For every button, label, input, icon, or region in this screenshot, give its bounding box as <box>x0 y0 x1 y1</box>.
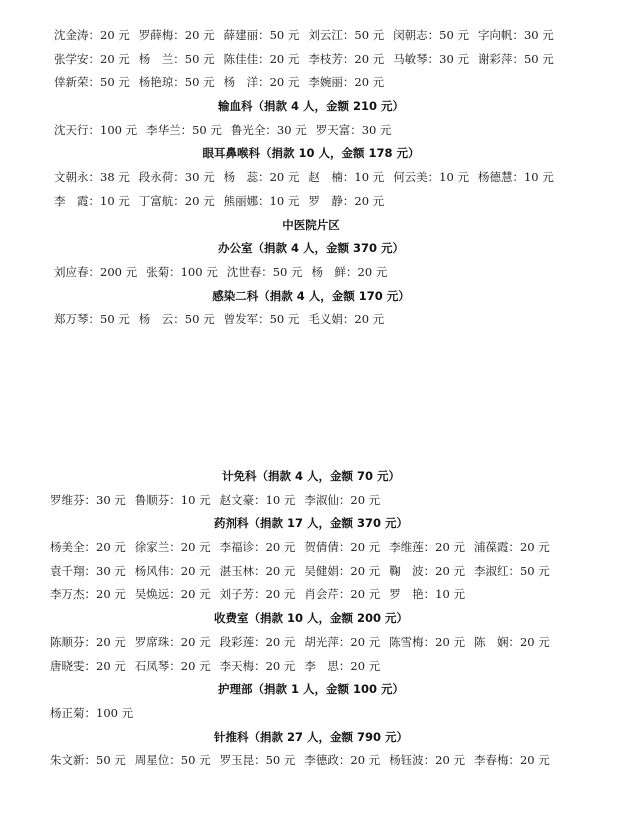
donor-entry: 刘子芳：20 元 <box>220 583 296 607</box>
donor-entry: 鲁光全：30 元 <box>231 119 307 143</box>
donor-entry: 赵文豪：10 元 <box>220 489 296 513</box>
donor-entry: 段永荷：30 元 <box>139 166 215 190</box>
donor-entry: 陈 娴：20 元 <box>474 631 550 655</box>
donor-row: 袁千翔：30 元杨风伟：20 元湛玉林：20 元吴健娟：20 元鞠 波：20 元… <box>0 560 622 584</box>
donor-entry: 朱文新：50 元 <box>50 749 126 773</box>
donor-entry: 沈天行：100 元 <box>54 119 137 143</box>
donor-entry: 罗 艳：10 元 <box>389 583 465 607</box>
donor-entry: 陈佳佳：20 元 <box>224 48 300 72</box>
donor-entry: 吴焕远：20 元 <box>135 583 211 607</box>
donor-entry: 周星位：50 元 <box>135 749 211 773</box>
section-heading: 收费室（捐款 10 人，金额 200 元） <box>0 607 622 631</box>
donor-entry: 罗席珠：20 元 <box>135 631 211 655</box>
donor-row: 郑万琴：50 元杨 云：50 元曾发军：50 元毛义娟：20 元 <box>0 308 622 332</box>
donor-entry: 陈雪梅：20 元 <box>389 631 465 655</box>
section-heading: 计免科（捐款 4 人，金额 70 元） <box>0 465 622 489</box>
section-heading: 护理部（捐款 1 人，金额 100 元） <box>0 678 622 702</box>
donor-entry: 吴健娟：20 元 <box>304 560 380 584</box>
section-heading: 感染二科（捐款 4 人，金额 170 元） <box>0 285 622 309</box>
donor-entry: 薛建丽：50 元 <box>224 24 300 48</box>
donor-entry: 曾发军：50 元 <box>224 308 300 332</box>
donor-entry: 刘云江：50 元 <box>308 24 384 48</box>
donor-entry: 段彩莲：20 元 <box>220 631 296 655</box>
donor-entry: 唐晓雯：20 元 <box>50 655 126 679</box>
donor-entry: 沈世春：50 元 <box>227 261 303 285</box>
donor-entry: 李淑红：50 元 <box>474 560 550 584</box>
donor-entry: 杨 云：50 元 <box>139 308 215 332</box>
donor-row: 唐晓雯：20 元石凤琴：20 元李天梅：20 元李 思：20 元 <box>0 655 622 679</box>
donor-entry: 杨正菊：100 元 <box>50 702 133 726</box>
donor-entry: 杨钰波：20 元 <box>389 749 465 773</box>
donor-entry: 李德政：20 元 <box>304 749 380 773</box>
section-heading: 办公室（捐款 4 人，金额 370 元） <box>0 237 622 261</box>
donor-row: 李万杰：20 元吴焕远：20 元刘子芳：20 元肖会芹：20 元罗 艳：10 元 <box>0 583 622 607</box>
donor-row: 杨美全：20 元徐家兰：20 元李福诊：20 元贺倩倩：20 元李维莲：20 元… <box>0 536 622 560</box>
section-heading: 中医院片区 <box>0 214 622 238</box>
donor-entry: 闵朝志：50 元 <box>393 24 469 48</box>
donor-row: 陈顺芬：20 元罗席珠：20 元段彩莲：20 元胡光萍：20 元陈雪梅：20 元… <box>0 631 622 655</box>
donor-entry: 杨 兰：50 元 <box>139 48 215 72</box>
donor-entry: 李天梅：20 元 <box>220 655 296 679</box>
donor-entry: 谢彩萍：50 元 <box>478 48 554 72</box>
donor-entry: 杨 洋：20 元 <box>224 71 300 95</box>
donor-entry: 马敏琴：30 元 <box>393 48 469 72</box>
donor-entry: 倖新荣：50 元 <box>54 71 130 95</box>
donor-entry: 杨美全：20 元 <box>50 536 126 560</box>
donor-entry: 徐家兰：20 元 <box>135 536 211 560</box>
donor-entry: 罗天富：30 元 <box>316 119 392 143</box>
donor-entry: 李 思：20 元 <box>304 655 380 679</box>
donor-entry: 杨德慧：10 元 <box>478 166 554 190</box>
donor-entry: 赵 楠：10 元 <box>308 166 384 190</box>
donor-entry: 鲁顺芬：10 元 <box>135 489 211 513</box>
donor-entry: 李婉丽：20 元 <box>308 71 384 95</box>
donor-entry: 李枝芳：20 元 <box>308 48 384 72</box>
section-heading: 药剂科（捐款 17 人，金额 370 元） <box>0 512 622 536</box>
donor-row: 文朝永：38 元段永荷：30 元杨 蕊：20 元赵 楠：10 元何云美：10 元… <box>0 166 622 190</box>
donor-entry: 李维莲：20 元 <box>389 536 465 560</box>
donor-entry: 杨 鲜：20 元 <box>312 261 388 285</box>
donor-row: 朱文新：50 元周星位：50 元罗玉昆：50 元李德政：20 元杨钰波：20 元… <box>0 749 622 773</box>
donor-entry: 何云美：10 元 <box>393 166 469 190</box>
section-heading: 眼耳鼻喉科（捐款 10 人，金额 178 元） <box>0 142 622 166</box>
donor-entry: 张学安：20 元 <box>54 48 130 72</box>
donor-entry: 罗维芬：30 元 <box>50 489 126 513</box>
donor-entry: 字向帆：30 元 <box>478 24 554 48</box>
donor-entry: 丁富航：20 元 <box>139 190 215 214</box>
donation-list-bottom: 计免科（捐款 4 人，金额 70 元）罗维芬：30 元鲁顺芬：10 元赵文豪：1… <box>0 465 622 773</box>
donor-entry: 陈顺芬：20 元 <box>50 631 126 655</box>
section-heading: 输血科（捐款 4 人，金额 210 元） <box>0 95 622 119</box>
donor-entry: 肖会芹：20 元 <box>304 583 380 607</box>
donor-entry: 石凤琴：20 元 <box>135 655 211 679</box>
donor-entry: 李万杰：20 元 <box>50 583 126 607</box>
section-heading: 针推科（捐款 27 人，金额 790 元） <box>0 726 622 750</box>
donor-entry: 李淑仙：20 元 <box>304 489 380 513</box>
donor-row: 李 霞：10 元丁富航：20 元熊丽娜：10 元罗 静：20 元 <box>0 190 622 214</box>
donor-entry: 张菊：100 元 <box>146 261 218 285</box>
donor-entry: 李春梅：20 元 <box>474 749 550 773</box>
donor-row: 刘应春：200 元张菊：100 元沈世春：50 元杨 鲜：20 元 <box>0 261 622 285</box>
donor-entry: 熊丽娜：10 元 <box>224 190 300 214</box>
donor-entry: 贺倩倩：20 元 <box>304 536 380 560</box>
donor-entry: 罗 静：20 元 <box>308 190 384 214</box>
donor-row: 杨正菊：100 元 <box>0 702 622 726</box>
donation-list-top: 沈金涛：20 元罗薛梅：20 元薛建丽：50 元刘云江：50 元闵朝志：50 元… <box>0 24 622 332</box>
donor-row: 沈天行：100 元李华兰：50 元鲁光全：30 元罗天富：30 元 <box>0 119 622 143</box>
donor-entry: 刘应春：200 元 <box>54 261 137 285</box>
donor-entry: 罗玉昆：50 元 <box>220 749 296 773</box>
donor-entry: 浦葆霞：20 元 <box>474 536 550 560</box>
donor-entry: 湛玉林：20 元 <box>220 560 296 584</box>
donor-row: 罗维芬：30 元鲁顺芬：10 元赵文豪：10 元李淑仙：20 元 <box>0 489 622 513</box>
donor-entry: 李华兰：50 元 <box>146 119 222 143</box>
donor-row: 倖新荣：50 元杨艳琼：50 元杨 洋：20 元李婉丽：20 元 <box>0 71 622 95</box>
donor-row: 沈金涛：20 元罗薛梅：20 元薛建丽：50 元刘云江：50 元闵朝志：50 元… <box>0 24 622 48</box>
donor-entry: 杨艳琼：50 元 <box>139 71 215 95</box>
donor-entry: 沈金涛：20 元 <box>54 24 130 48</box>
donor-entry: 李 霞：10 元 <box>54 190 130 214</box>
document-page: 沈金涛：20 元罗薛梅：20 元薛建丽：50 元刘云江：50 元闵朝志：50 元… <box>0 0 622 815</box>
donor-entry: 袁千翔：30 元 <box>50 560 126 584</box>
donor-entry: 罗薛梅：20 元 <box>139 24 215 48</box>
donor-entry: 胡光萍：20 元 <box>304 631 380 655</box>
donor-entry: 李福诊：20 元 <box>220 536 296 560</box>
donor-entry: 鞠 波：20 元 <box>389 560 465 584</box>
donor-entry: 文朝永：38 元 <box>54 166 130 190</box>
donor-entry: 郑万琴：50 元 <box>54 308 130 332</box>
donor-entry: 杨风伟：20 元 <box>135 560 211 584</box>
donor-entry: 杨 蕊：20 元 <box>224 166 300 190</box>
donor-entry: 毛义娟：20 元 <box>308 308 384 332</box>
donor-row: 张学安：20 元杨 兰：50 元陈佳佳：20 元李枝芳：20 元马敏琴：30 元… <box>0 48 622 72</box>
